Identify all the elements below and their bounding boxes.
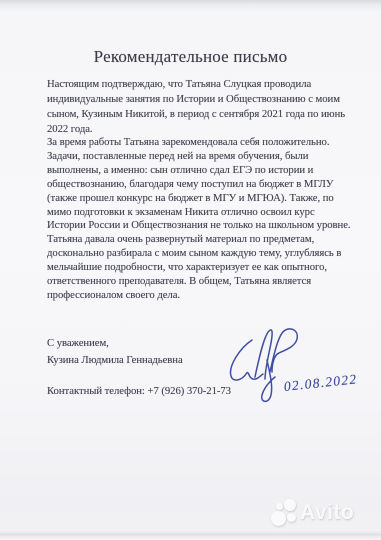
avito-watermark: Avito [271,499,375,531]
letter-paragraph-2: За время работы Татьяна зарекомендовала … [47,136,351,303]
handwritten-signature-icon [222,322,317,412]
avito-brand-text: Avito [300,501,354,525]
closing-salutation: С уважением, [47,337,109,349]
signer-name: Кузина Людмила Геннадьевна [47,354,183,366]
letter-paragraph-1: Настоящим подтверждаю, что Татьяна Слуцк… [47,77,345,137]
contact-phone: Контактный телефон: +7 (926) 370-21-73 [47,385,231,397]
document-photo: Рекомендательное письмо Настоящим подтве… [0,0,381,540]
avito-dots-icon [271,499,298,528]
avito-dot-small [276,503,283,510]
avito-dot-large [271,511,286,526]
avito-dot-medium [284,499,296,511]
letter-title: Рекомендательное письмо [0,47,381,67]
scan-bottom-edge [0,531,381,540]
avito-dot-small-2 [287,513,296,522]
